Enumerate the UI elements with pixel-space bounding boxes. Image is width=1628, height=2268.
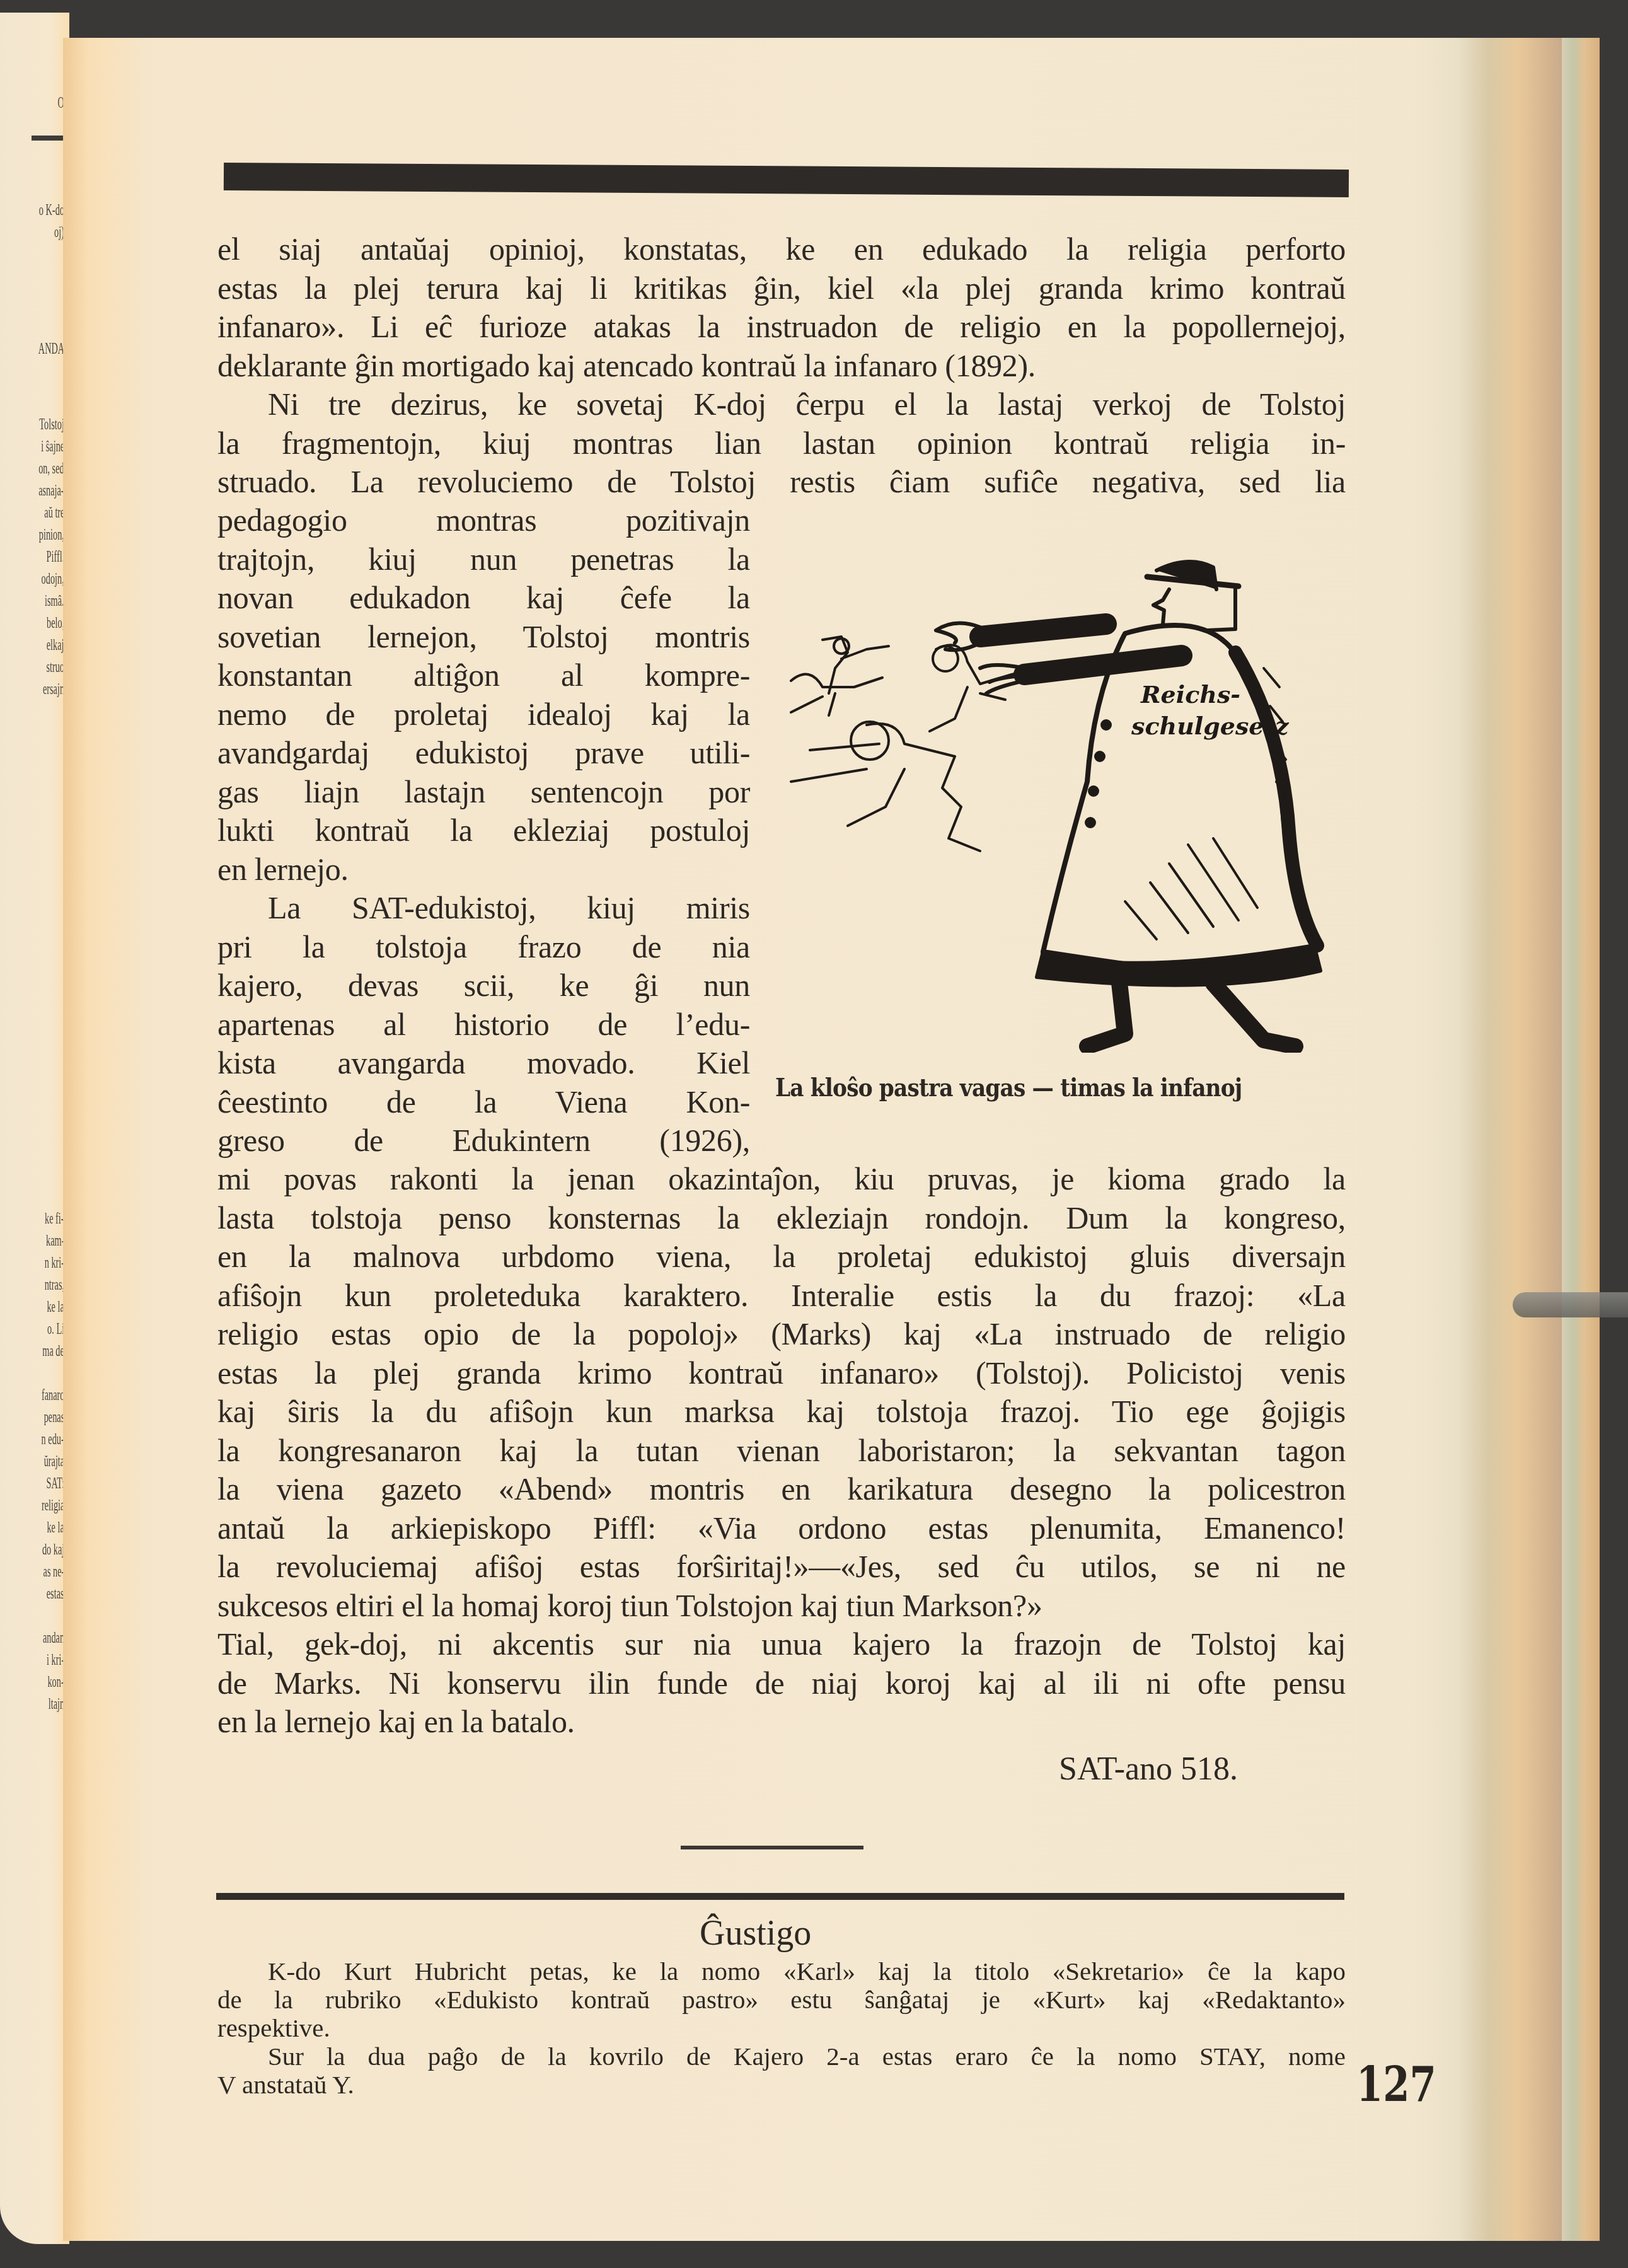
paragraph-2-continued: pedagogio montras pozitivajn trajtojn, k… (217, 501, 750, 889)
paragraph-2: Ni tre dezirus, ke sovetaj K-doj ĉerpu e… (217, 385, 1346, 502)
left-page-text-fragment: ŭrajta (43, 1453, 64, 1469)
left-page-text-fragment: do kaj (42, 1541, 64, 1558)
left-page-text-fragment: fanaro (41, 1387, 64, 1403)
text-line: sukcesos eltiri el la homaj koroj tiun T… (217, 1587, 1346, 1626)
left-page-text-fragment: i kri- (47, 1652, 64, 1668)
caricature-illustration: Reichs- schulgesetz (772, 542, 1352, 1053)
text-line: nemo de proletaj idealoj kaj la (217, 695, 750, 734)
left-page-text-fragment: estas (47, 1585, 64, 1602)
text-line: la kongresanaron kaj la tutan vienan lab… (217, 1432, 1346, 1471)
spine-shadow (63, 38, 88, 2241)
text-line: kaj ŝiris la du afiŝojn kun marksa kaj t… (217, 1392, 1346, 1432)
left-page-text-fragment: as ne- (43, 1563, 64, 1580)
section-divider-long (216, 1893, 1344, 1900)
text-line: La SAT-edukistoj, kiuj miris (217, 889, 750, 928)
paragraph-1: el siaj antaŭaj opinioj, konstatas, ke e… (217, 230, 1346, 385)
left-page-text-fragment: struo (46, 659, 64, 675)
text-line: gas liajn lastajn sentencojn por (217, 773, 750, 812)
text-line: la revoluciemaj afiŝoj estas forŝiritaj!… (217, 1548, 1346, 1587)
text-line: konstantan altiĝon al kompre- (217, 656, 750, 695)
text-line: en lernejo. (217, 850, 750, 889)
left-page-text-fragment: ke fi- (45, 1210, 64, 1227)
left-page-text-fragment: on, sed (38, 460, 64, 477)
text-line: en la lernejo kaj en la batalo. (217, 1703, 1346, 1742)
text-line: apartenas al historio de l’edu- (217, 1005, 750, 1044)
text-line: kajero, devas scii, ke ĝi nun (217, 966, 750, 1005)
left-page-text-fragment: ltajn (49, 1696, 64, 1712)
left-page-text-fragment: ma de (42, 1343, 64, 1359)
text-line: ĉeestinto de la Viena Kon- (217, 1083, 750, 1122)
text-line: Sur la dua paĝo de la kovrilo de Kajero … (217, 2042, 1346, 2071)
text-line: struado. La revoluciemo de Tolstoj resti… (217, 463, 1346, 502)
left-page-text-fragment: ntras, (45, 1276, 64, 1293)
text-line: lukti kontraŭ la ekleziaj postuloj (217, 811, 750, 850)
text-line: religio estas opio de la popoloj» (Marks… (217, 1315, 1346, 1354)
text-line: la viena gazeto «Abend» montris en karik… (217, 1470, 1346, 1509)
article-signature: SAT-ano 518. (1059, 1750, 1238, 1788)
left-page-text-fragment: ismâ. (45, 593, 64, 609)
left-page-text-fragment: i ŝajne (41, 438, 64, 454)
left-page-text-fragment: o. Li (47, 1321, 64, 1337)
left-facing-page: Oo K-dooj)ANDATolstoji ŝajneon, sedasnaj… (0, 13, 69, 2244)
left-page-text-fragment: Tolstoj (39, 416, 64, 432)
text-line: afiŝojn kun proleteduka karaktero. Inter… (217, 1276, 1346, 1316)
left-page-text-fragment: o K-do (39, 202, 64, 218)
text-line: respektive. (217, 2014, 1346, 2042)
text-line: novan edukadon kaj ĉefe la (217, 579, 750, 618)
left-page-text-fragment: n edu- (42, 1431, 64, 1447)
text-line: kista avangarda movado. Kiel (217, 1044, 750, 1083)
text-line: estas la plej granda krimo kontraŭ infan… (217, 1354, 1346, 1393)
left-page-text-fragment: Piffl. (46, 548, 64, 565)
text-line: en la malnova urbdomo viena, la proletaj… (217, 1237, 1346, 1276)
paragraph-3: La SAT-edukistoj, kiuj miris pri la tols… (217, 889, 750, 1160)
text-line: pri la tolstoja frazo de nia (217, 928, 750, 967)
text-line: de la rubriko «Edukisto kontraŭ pastro» … (217, 1986, 1346, 2014)
text-line: antaŭ la arkiepiskopo Piffl: «Via ordono… (217, 1509, 1346, 1548)
text-line: avandgardaj edukistoj prave utili- (217, 734, 750, 773)
text-line: deklarante ĝin mortigado kaj atencado ko… (217, 347, 1346, 386)
left-page-text-fragment: kam- (46, 1232, 64, 1249)
text-line: la fragmentojn, kiuj montras lian lastan… (217, 424, 1346, 463)
text-line: Ni tre dezirus, ke sovetaj K-doj ĉerpu e… (217, 385, 1346, 424)
text-line: K-do Kurt Hubricht petas, ke la nomo «Ka… (217, 1957, 1346, 1986)
priest-chasing-children-drawing: Reichs- schulgesetz (772, 542, 1352, 1053)
left-page-text-fragment: penas (43, 1409, 64, 1425)
page-edges (1562, 38, 1600, 2241)
bookmark-clip (1513, 1292, 1628, 1317)
section-divider-short (681, 1846, 863, 1849)
text-line: estas la plej terura kaj li kritikas ĝin… (217, 269, 1346, 308)
left-page-text-fragment: asnaja- (39, 482, 64, 499)
text-line: de Marks. Ni konservu ilin funde de niaj… (217, 1664, 1346, 1703)
left-page-text-fragment: odojn, (42, 570, 64, 587)
left-page-text-fragment: ANDA (38, 340, 64, 357)
erratum-note-2: Sur la dua paĝo de la kovrilo de Kajero … (217, 2042, 1346, 2099)
left-page-text-fragment: aŭ tre (44, 504, 64, 521)
left-page-text-fragment: ke la (47, 1299, 64, 1315)
text-line: sovetian lernejon, Tolstoj montris (217, 618, 750, 657)
left-page-text-fragment: andan (43, 1629, 64, 1646)
text-line: greso de Edukintern (1926), (217, 1121, 750, 1160)
left-page-text-fragment: religia (41, 1497, 64, 1513)
text-line: Tial, gek-doj, ni akcentis sur nia unua … (217, 1625, 1346, 1664)
page-number: 127 (1356, 2056, 1436, 2112)
left-page-text-fragment: ersajn (43, 681, 64, 697)
left-page-text-fragment: n kri- (45, 1254, 64, 1271)
left-page-text-fragment: kon- (48, 1674, 64, 1690)
text-line: lasta tolstoja penso konsternas la eklez… (217, 1199, 1346, 1238)
erratum-note-1: K-do Kurt Hubricht petas, ke la nomo «Ka… (217, 1957, 1346, 2042)
paragraph-3-continued: mi povas rakonti la jenan okazintaĵon, k… (217, 1160, 1346, 1742)
text-line: el siaj antaŭaj opinioj, konstatas, ke e… (217, 230, 1346, 269)
left-page-text-fragment: SAT: (46, 1475, 64, 1491)
text-line: V anstataŭ Y. (217, 2071, 1346, 2099)
illustration-caption: La kloŝo pastra vagas — timas la infanoj (775, 1073, 1266, 1102)
erratum-heading: Ĝustigo (700, 1913, 811, 1953)
text-line: trajtojn, kiuj nun penetras la (217, 540, 750, 579)
left-page-text-fragment: elkaj (47, 637, 64, 653)
text-line: pedagogio montras pozitivajn (217, 501, 750, 540)
left-page-text-fragment: belo, (47, 615, 64, 631)
coat-label-line2: schulgesetz (1131, 712, 1290, 740)
coat-label-line1: Reichs- (1140, 680, 1240, 709)
left-page-text-fragment: pinion, (39, 526, 64, 543)
left-page-text-fragment: ke la (47, 1519, 64, 1536)
text-line: infanaro». Li eĉ furioze atakas la instr… (217, 308, 1346, 347)
text-line: mi povas rakonti la jenan okazintaĵon, k… (217, 1160, 1346, 1199)
